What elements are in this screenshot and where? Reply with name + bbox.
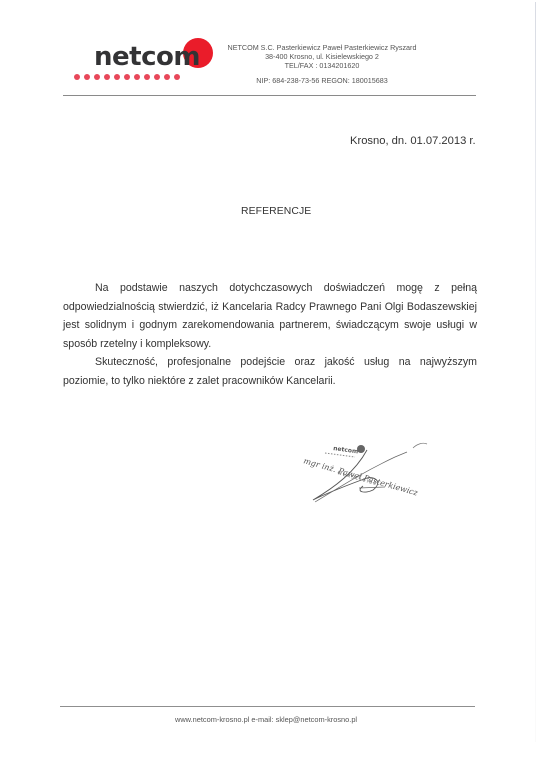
logo-dot bbox=[124, 74, 130, 80]
company-ids: NIP: 684-238-73-56 REGON: 180015683 bbox=[222, 76, 422, 85]
logo-dot bbox=[174, 74, 180, 80]
footer-divider bbox=[60, 706, 475, 707]
logo-dot bbox=[134, 74, 140, 80]
stamp-logo-text: netcom bbox=[333, 445, 359, 455]
logo-dot bbox=[164, 74, 170, 80]
logo-wordmark: netcom bbox=[94, 44, 200, 70]
stamp-logo-circle bbox=[357, 445, 365, 453]
logo-dots bbox=[74, 74, 180, 80]
paragraph-1-rest: odpowiedzialnością stwierdzić, iż Kancel… bbox=[63, 298, 477, 354]
letter-date: Krosno, dn. 01.07.2013 r. bbox=[350, 135, 476, 147]
letter-title: REFERENCJE bbox=[241, 206, 311, 217]
logo-dot bbox=[144, 74, 150, 80]
logo-dot bbox=[84, 74, 90, 80]
paragraph-2: Skuteczność, profesjonalne podejście ora… bbox=[63, 353, 477, 390]
company-phone: TEL/FAX : 0134201620 bbox=[222, 61, 422, 70]
signature-stroke-3 bbox=[413, 443, 427, 448]
signature-stroke-4 bbox=[359, 487, 385, 488]
logo-dot bbox=[94, 74, 100, 80]
logo-dot bbox=[154, 74, 160, 80]
company-info: NETCOM S.C. Pasterkiewicz Paweł Pasterki… bbox=[222, 43, 422, 85]
netcom-logo: netcom bbox=[62, 34, 222, 90]
letter-body: Na podstawie naszych dotychczasowych doś… bbox=[63, 279, 477, 391]
scan-edge bbox=[535, 2, 536, 742]
company-address: 38-400 Krosno, ul. Kisielewskiego 2 bbox=[222, 52, 422, 61]
footer-contact: www.netcom-krosno.pl e-mail: sklep@netco… bbox=[175, 715, 357, 724]
logo-dot bbox=[104, 74, 110, 80]
logo-dot bbox=[114, 74, 120, 80]
paragraph-1: Na podstawie naszych dotychczasowych doś… bbox=[63, 279, 477, 353]
paragraph-1-line-1: Na podstawie naszych dotychczasowych doś… bbox=[63, 279, 477, 298]
signature-svg: netcom mgr inż. Paweł Pasterkiewicz W Ł … bbox=[295, 432, 445, 512]
company-name: NETCOM S.C. Pasterkiewicz Paweł Pasterki… bbox=[222, 43, 422, 52]
header-divider bbox=[63, 95, 476, 96]
signature-stamp: netcom mgr inż. Paweł Pasterkiewicz W Ł … bbox=[295, 432, 445, 512]
logo-dot bbox=[74, 74, 80, 80]
